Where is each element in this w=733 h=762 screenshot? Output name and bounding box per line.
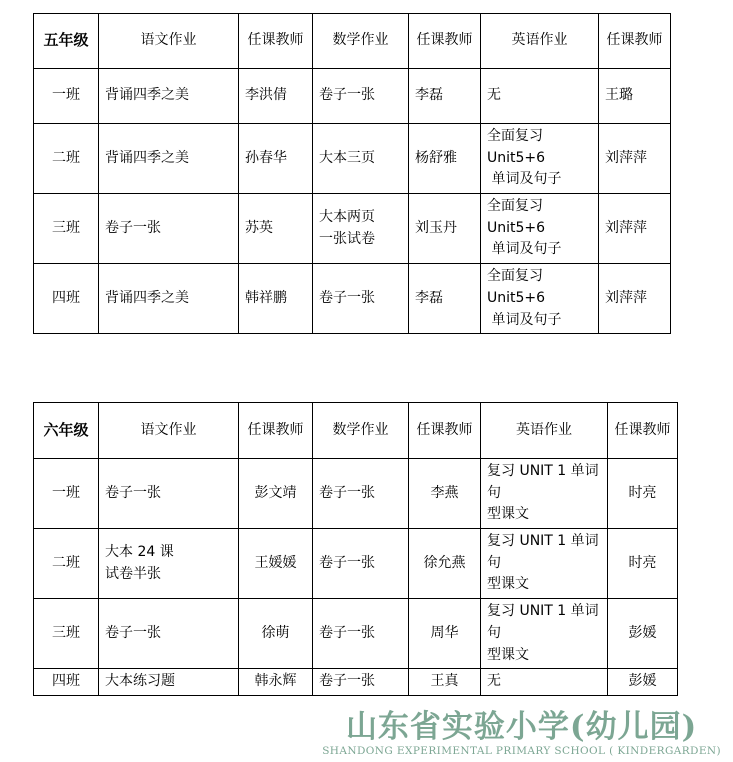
table-cell: 孙春华 <box>239 124 313 194</box>
table-cell: 王璐 <box>599 69 671 124</box>
class-label: 三班 <box>34 194 99 264</box>
table-cell: 卷子一张 <box>313 599 409 669</box>
header-cell: 任课教师 <box>239 403 313 459</box>
table-cell: 大本 24 课 试卷半张 <box>99 529 239 599</box>
table-cell: 王真 <box>409 669 481 696</box>
table-cell: 时亮 <box>608 529 678 599</box>
table-row: 四班大本练习题韩永辉卷子一张王真无彭媛 <box>34 669 678 696</box>
table-row: 四班背诵四季之美韩祥鹏卷子一张李磊全面复习 Unit5+6 单词及句子刘萍萍 <box>34 264 671 334</box>
class-label: 三班 <box>34 599 99 669</box>
table-cell: 李燕 <box>409 459 481 529</box>
table-cell: 背诵四季之美 <box>99 69 239 124</box>
table-cell: 全面复习 Unit5+6 单词及句子 <box>481 194 599 264</box>
header-row: 六年级语文作业任课教师数学作业任课教师英语作业任课教师 <box>34 403 678 459</box>
class-label: 二班 <box>34 124 99 194</box>
table-cell: 复习 UNIT 1 单词句 型课文 <box>481 599 608 669</box>
header-cell: 英语作业 <box>481 403 608 459</box>
table-cell: 刘萍萍 <box>599 194 671 264</box>
class-label: 四班 <box>34 669 99 696</box>
homework-sheet-page: { "page": { "background": "#ffffff", "te… <box>0 0 733 762</box>
header-cell: 任课教师 <box>599 14 671 69</box>
table-cell: 全面复习 Unit5+6 单词及句子 <box>481 264 599 334</box>
table-row: 二班背诵四季之美孙春华大本三页杨舒雅全面复习 Unit5+6 单词及句子刘萍萍 <box>34 124 671 194</box>
table-cell: 刘玉丹 <box>409 194 481 264</box>
table-cell: 周华 <box>409 599 481 669</box>
header-cell: 英语作业 <box>481 14 599 69</box>
table-cell: 杨舒雅 <box>409 124 481 194</box>
table-cell: 彭媛 <box>608 599 678 669</box>
table-cell: 刘萍萍 <box>599 124 671 194</box>
header-cell: 任课教师 <box>239 14 313 69</box>
table-cell: 卷子一张 <box>99 194 239 264</box>
table-cell: 卷子一张 <box>99 599 239 669</box>
header-cell: 任课教师 <box>608 403 678 459</box>
grade-label: 六年级 <box>34 403 99 459</box>
table-cell: 彭文靖 <box>239 459 313 529</box>
table-cell: 背诵四季之美 <box>99 264 239 334</box>
table-cell: 卷子一张 <box>313 669 409 696</box>
grade-label: 五年级 <box>34 14 99 69</box>
table-cell: 时亮 <box>608 459 678 529</box>
school-name-english: SHANDONG EXPERIMENTAL PRIMARY SCHOOL ( K… <box>322 746 721 758</box>
table-cell: 卷子一张 <box>99 459 239 529</box>
table-row: 二班大本 24 课 试卷半张王媛媛卷子一张徐允燕复习 UNIT 1 单词句 型课… <box>34 529 678 599</box>
table-row: 一班卷子一张彭文靖卷子一张李燕复习 UNIT 1 单词句 型课文时亮 <box>34 459 678 529</box>
table-cell: 无 <box>481 69 599 124</box>
table-cell: 李磊 <box>409 69 481 124</box>
table-row: 一班背诵四季之美李洪倩卷子一张李磊无王璐 <box>34 69 671 124</box>
table-cell: 韩永辉 <box>239 669 313 696</box>
school-name-chinese: 山东省实验小学(幼儿园) <box>322 710 721 746</box>
table-cell: 卷子一张 <box>313 459 409 529</box>
grade5-homework-table: 五年级语文作业任课教师数学作业任课教师英语作业任课教师一班背诵四季之美李洪倩卷子… <box>33 13 671 334</box>
table-cell: 卷子一张 <box>313 529 409 599</box>
table-cell: 韩祥鹏 <box>239 264 313 334</box>
table-cell: 苏英 <box>239 194 313 264</box>
class-label: 四班 <box>34 264 99 334</box>
table-cell: 背诵四季之美 <box>99 124 239 194</box>
table-row: 三班卷子一张苏英大本两页 一张试卷刘玉丹全面复习 Unit5+6 单词及句子刘萍… <box>34 194 671 264</box>
table-cell: 大本三页 <box>313 124 409 194</box>
table-cell: 复习 UNIT 1 单词句 型课文 <box>481 529 608 599</box>
grade6-homework-table: 六年级语文作业任课教师数学作业任课教师英语作业任课教师一班卷子一张彭文靖卷子一张… <box>33 402 678 696</box>
table-cell: 李磊 <box>409 264 481 334</box>
header-cell: 数学作业 <box>313 14 409 69</box>
table-cell: 大本练习题 <box>99 669 239 696</box>
class-label: 二班 <box>34 529 99 599</box>
header-cell: 任课教师 <box>409 403 481 459</box>
table-cell: 卷子一张 <box>313 264 409 334</box>
table-cell: 徐允燕 <box>409 529 481 599</box>
header-row: 五年级语文作业任课教师数学作业任课教师英语作业任课教师 <box>34 14 671 69</box>
table-cell: 无 <box>481 669 608 696</box>
table-cell: 彭媛 <box>608 669 678 696</box>
header-cell: 数学作业 <box>313 403 409 459</box>
class-label: 一班 <box>34 459 99 529</box>
table-cell: 卷子一张 <box>313 69 409 124</box>
table-cell: 李洪倩 <box>239 69 313 124</box>
table-cell: 王媛媛 <box>239 529 313 599</box>
table-cell: 全面复习 Unit5+6 单词及句子 <box>481 124 599 194</box>
table-cell: 刘萍萍 <box>599 264 671 334</box>
class-label: 一班 <box>34 69 99 124</box>
table-row: 三班卷子一张徐萌卷子一张周华复习 UNIT 1 单词句 型课文彭媛 <box>34 599 678 669</box>
table-cell: 大本两页 一张试卷 <box>313 194 409 264</box>
header-cell: 任课教师 <box>409 14 481 69</box>
table-cell: 徐萌 <box>239 599 313 669</box>
header-cell: 语文作业 <box>99 403 239 459</box>
table-cell: 复习 UNIT 1 单词句 型课文 <box>481 459 608 529</box>
school-logo: 山东省实验小学(幼儿园) SHANDONG EXPERIMENTAL PRIMA… <box>322 710 721 758</box>
header-cell: 语文作业 <box>99 14 239 69</box>
